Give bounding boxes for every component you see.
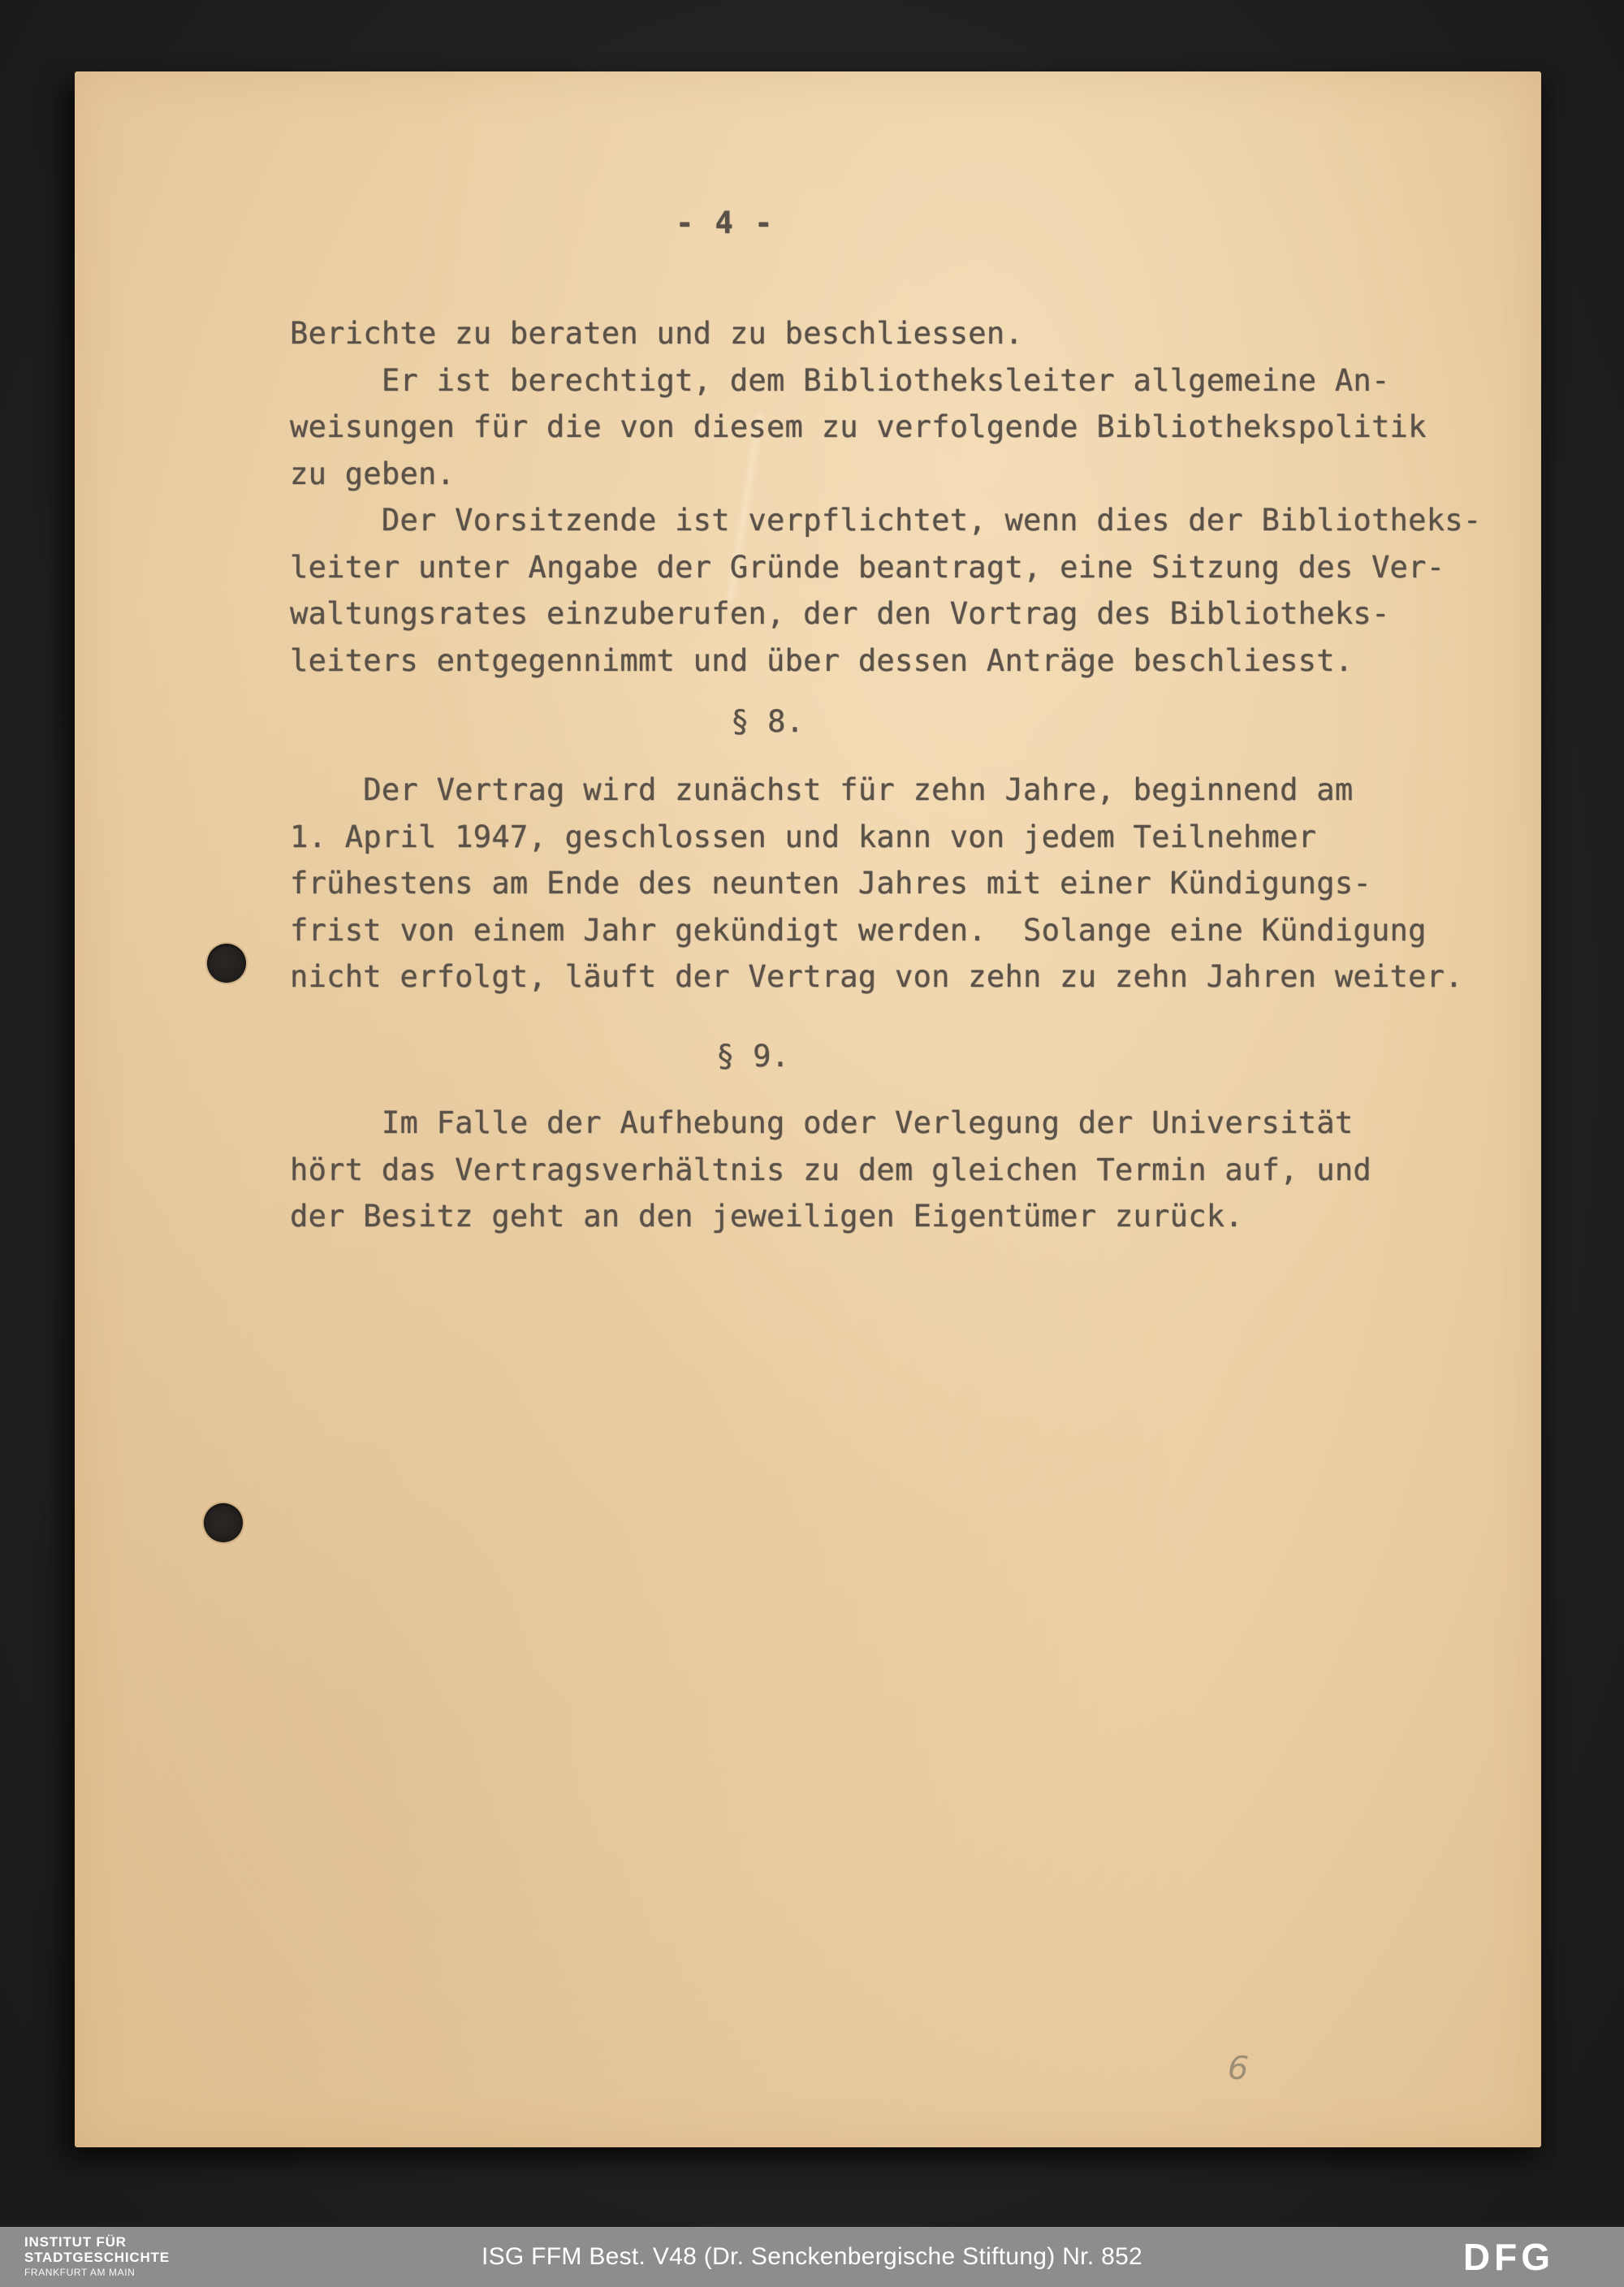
scan-viewer-background: - 4 - Berichte zu beraten und zu beschli… xyxy=(0,0,1624,2287)
section-8-heading: § 8. xyxy=(731,698,804,746)
typewritten-line: frist von einem Jahr gekündigt werden. S… xyxy=(290,907,1463,954)
section-9-heading: § 9. xyxy=(716,1033,789,1080)
typewritten-line: waltungsrates einzuberufen, der den Vort… xyxy=(290,590,1481,638)
typewritten-line: hört das Vertragsverhältnis zu dem gleic… xyxy=(290,1147,1371,1194)
handwritten-page-note: 6 xyxy=(1226,2049,1250,2088)
archive-footer-bar: ISG FFM Best. V48 (Dr. Senckenbergische … xyxy=(0,2227,1624,2287)
institute-logo-line3: FRANKFURT AM MAIN xyxy=(24,2267,170,2279)
typewritten-line: 1. April 1947, geschlossen und kann von … xyxy=(290,814,1463,861)
typewritten-line: Er ist berechtigt, dem Bibliotheksleiter… xyxy=(290,357,1481,404)
typewritten-line: der Besitz geht an den jeweiligen Eigent… xyxy=(290,1193,1371,1240)
paragraph-1: Berichte zu beraten und zu beschliessen.… xyxy=(290,310,1481,684)
dfg-logo: DFG xyxy=(1463,2235,1554,2279)
institute-logo-line1: INSTITUT FÜR xyxy=(24,2234,170,2250)
hole-punch-top xyxy=(207,944,246,983)
typewritten-line: Der Vertrag wird zunächst für zehn Jahre… xyxy=(290,767,1463,814)
typewritten-line: Der Vorsitzende ist verpflichtet, wenn d… xyxy=(290,497,1481,544)
hole-punch-bottom xyxy=(204,1503,243,1542)
typewritten-line: Berichte zu beraten und zu beschliessen. xyxy=(290,310,1481,357)
typewritten-line: leiter unter Angabe der Gründe beantragt… xyxy=(290,544,1481,591)
institute-logo: INSTITUT FÜR STADTGESCHICHTE FRANKFURT A… xyxy=(24,2234,170,2279)
archive-reference: ISG FFM Best. V48 (Dr. Senckenbergische … xyxy=(0,2227,1624,2287)
typewritten-line: leiters entgegennimmt und über dessen An… xyxy=(290,638,1481,685)
typewritten-line: Im Falle der Aufhebung oder Verlegung de… xyxy=(290,1100,1371,1147)
institute-logo-line2: STADTGESCHICHTE xyxy=(24,2250,170,2265)
typewritten-line: frühestens am Ende des neunten Jahres mi… xyxy=(290,860,1463,907)
typewritten-line: zu geben. xyxy=(290,451,1481,498)
page-number: - 4 - xyxy=(676,200,774,247)
section-8-paragraph: Der Vertrag wird zunächst für zehn Jahre… xyxy=(290,767,1463,1001)
typewritten-line: weisungen für die von diesem zu verfolge… xyxy=(290,404,1481,451)
section-9-paragraph: Im Falle der Aufhebung oder Verlegung de… xyxy=(290,1100,1371,1240)
typewritten-line: nicht erfolgt, läuft der Vertrag von zeh… xyxy=(290,953,1463,1001)
